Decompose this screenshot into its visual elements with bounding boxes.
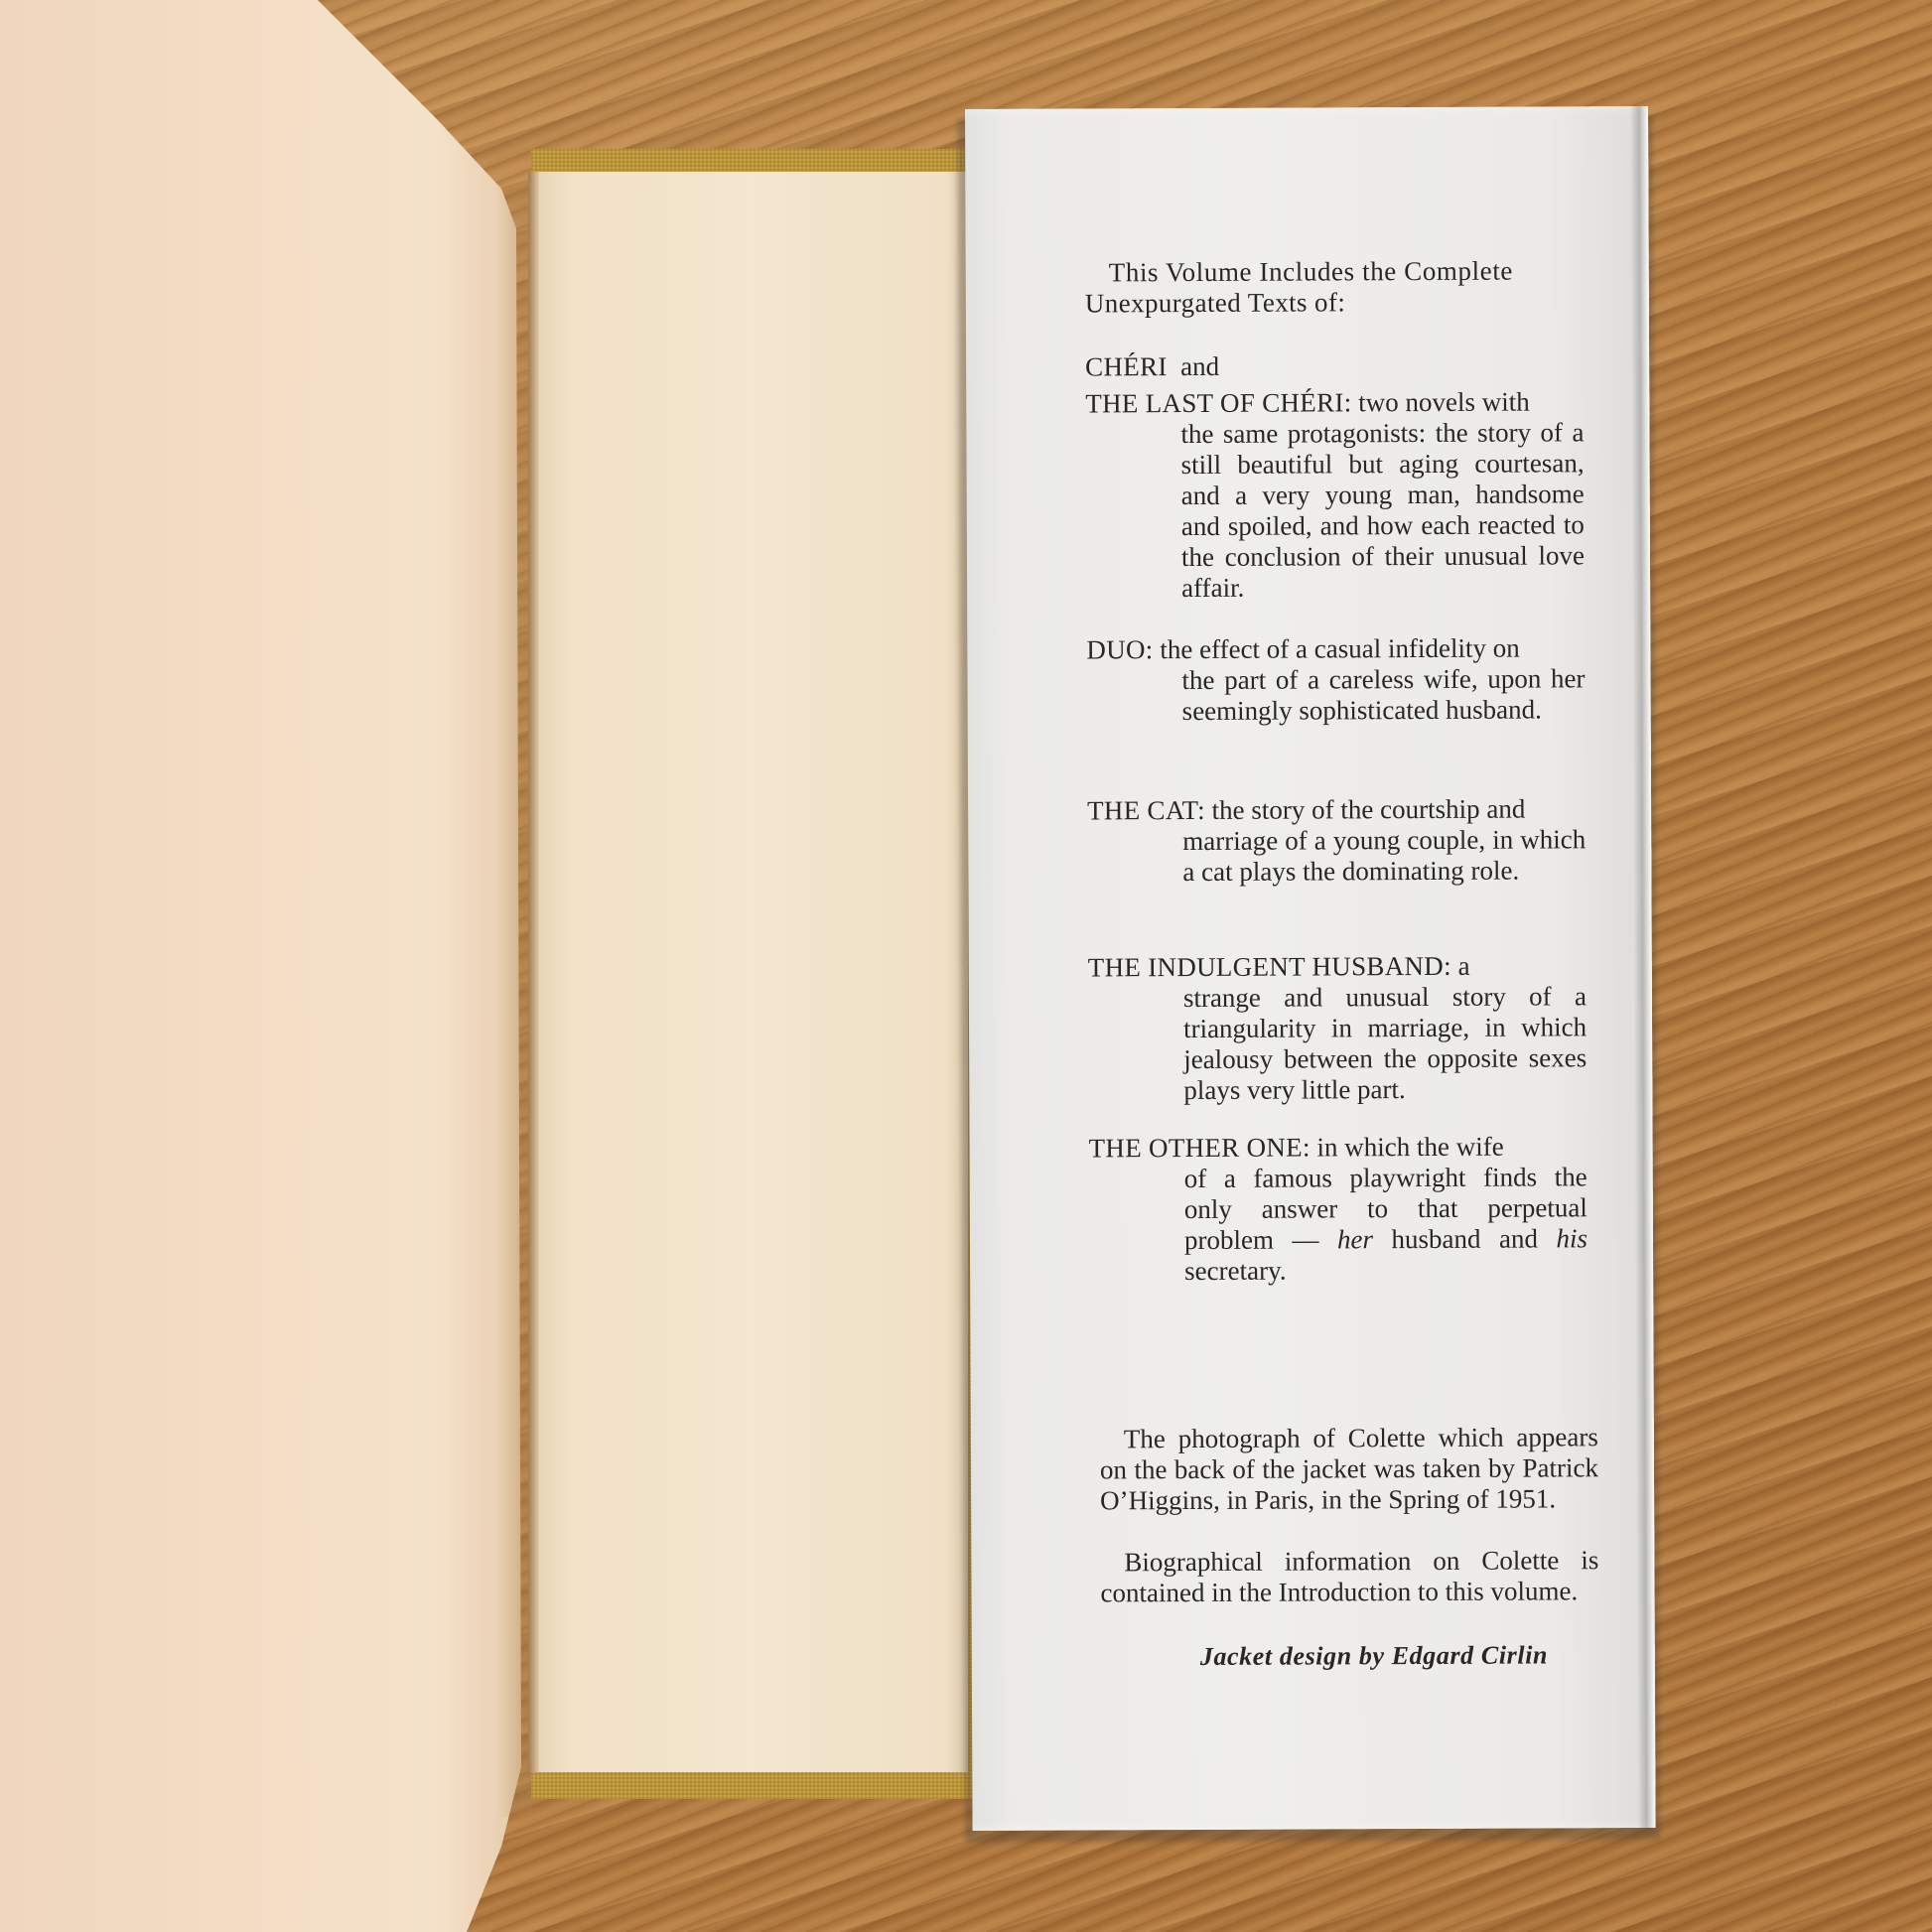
entry-description: strange and unusual story of a triangula… [1088, 981, 1587, 1106]
entry-the-cat: THE CAT: the story of the courtship and … [1087, 793, 1586, 888]
photo-credit: The photograph of Colette which appears … [1100, 1422, 1598, 1516]
entry-description: marriage of a young couple, in which a c… [1087, 824, 1586, 888]
desc-text: husband and [1373, 1223, 1557, 1254]
bio-note-text: Biographical information on Colette is c… [1100, 1545, 1598, 1607]
desc-italic-her: her [1337, 1224, 1373, 1254]
entry-title: THE OTHER ONE: [1089, 1132, 1311, 1163]
entry-description: of a famous playwright finds the only an… [1089, 1162, 1588, 1287]
left-book-page [0, 0, 541, 1932]
intro-heading: This Volume Includes the Complete Unexpu… [1085, 255, 1562, 319]
entry-title: THE LAST OF CHÉRI: [1085, 387, 1351, 418]
entry-title: THE INDULGENT HUSBAND: [1088, 951, 1451, 983]
intro-line-2: Unexpurgated Texts of: [1085, 286, 1562, 319]
entry-description: the same protagonists: the story of a st… [1085, 417, 1585, 604]
entry-cheri: CHÉRI and [1085, 349, 1584, 382]
page-gutter-shadow [496, 189, 532, 1817]
photo-credit-text: The photograph of Colette which appears … [1100, 1422, 1598, 1515]
desc-text: secretary. [1184, 1256, 1287, 1286]
entry-the-other-one: THE OTHER ONE: in which the wife of a fa… [1089, 1131, 1588, 1287]
entry-title: DUO: [1086, 634, 1153, 664]
entry-indulgent-husband: THE INDULGENT HUSBAND: a strange and unu… [1088, 950, 1587, 1106]
desc-italic-his: his [1556, 1223, 1587, 1253]
entry-description-first: the effect of a casual infidelity on [1160, 633, 1519, 665]
entry-description-first: two novels with [1358, 387, 1530, 418]
endpaper [539, 172, 968, 1772]
biographical-note: Biographical information on Colette is c… [1100, 1545, 1598, 1608]
entry-description-first: a [1458, 951, 1470, 981]
entry-description-first: the story of the courtship and [1212, 794, 1526, 825]
entry-connector: and [1180, 351, 1219, 381]
entry-description: the part of a careless wife, upon her se… [1086, 663, 1585, 727]
entry-description-first: in which the wife [1316, 1132, 1503, 1163]
dust-jacket-flap: This Volume Includes the Complete Unexpu… [965, 106, 1656, 1831]
entry-last-of-cheri: THE LAST OF CHÉRI: two novels with the s… [1085, 386, 1585, 604]
entry-title: CHÉRI [1085, 351, 1168, 381]
intro-line-1: This Volume Includes the Complete [1085, 255, 1562, 288]
jacket-design-credit: Jacket design by Edgard Cirlin [1200, 1640, 1548, 1672]
entry-duo: DUO: the effect of a casual infidelity o… [1086, 632, 1585, 727]
entry-title: THE CAT: [1087, 795, 1205, 826]
